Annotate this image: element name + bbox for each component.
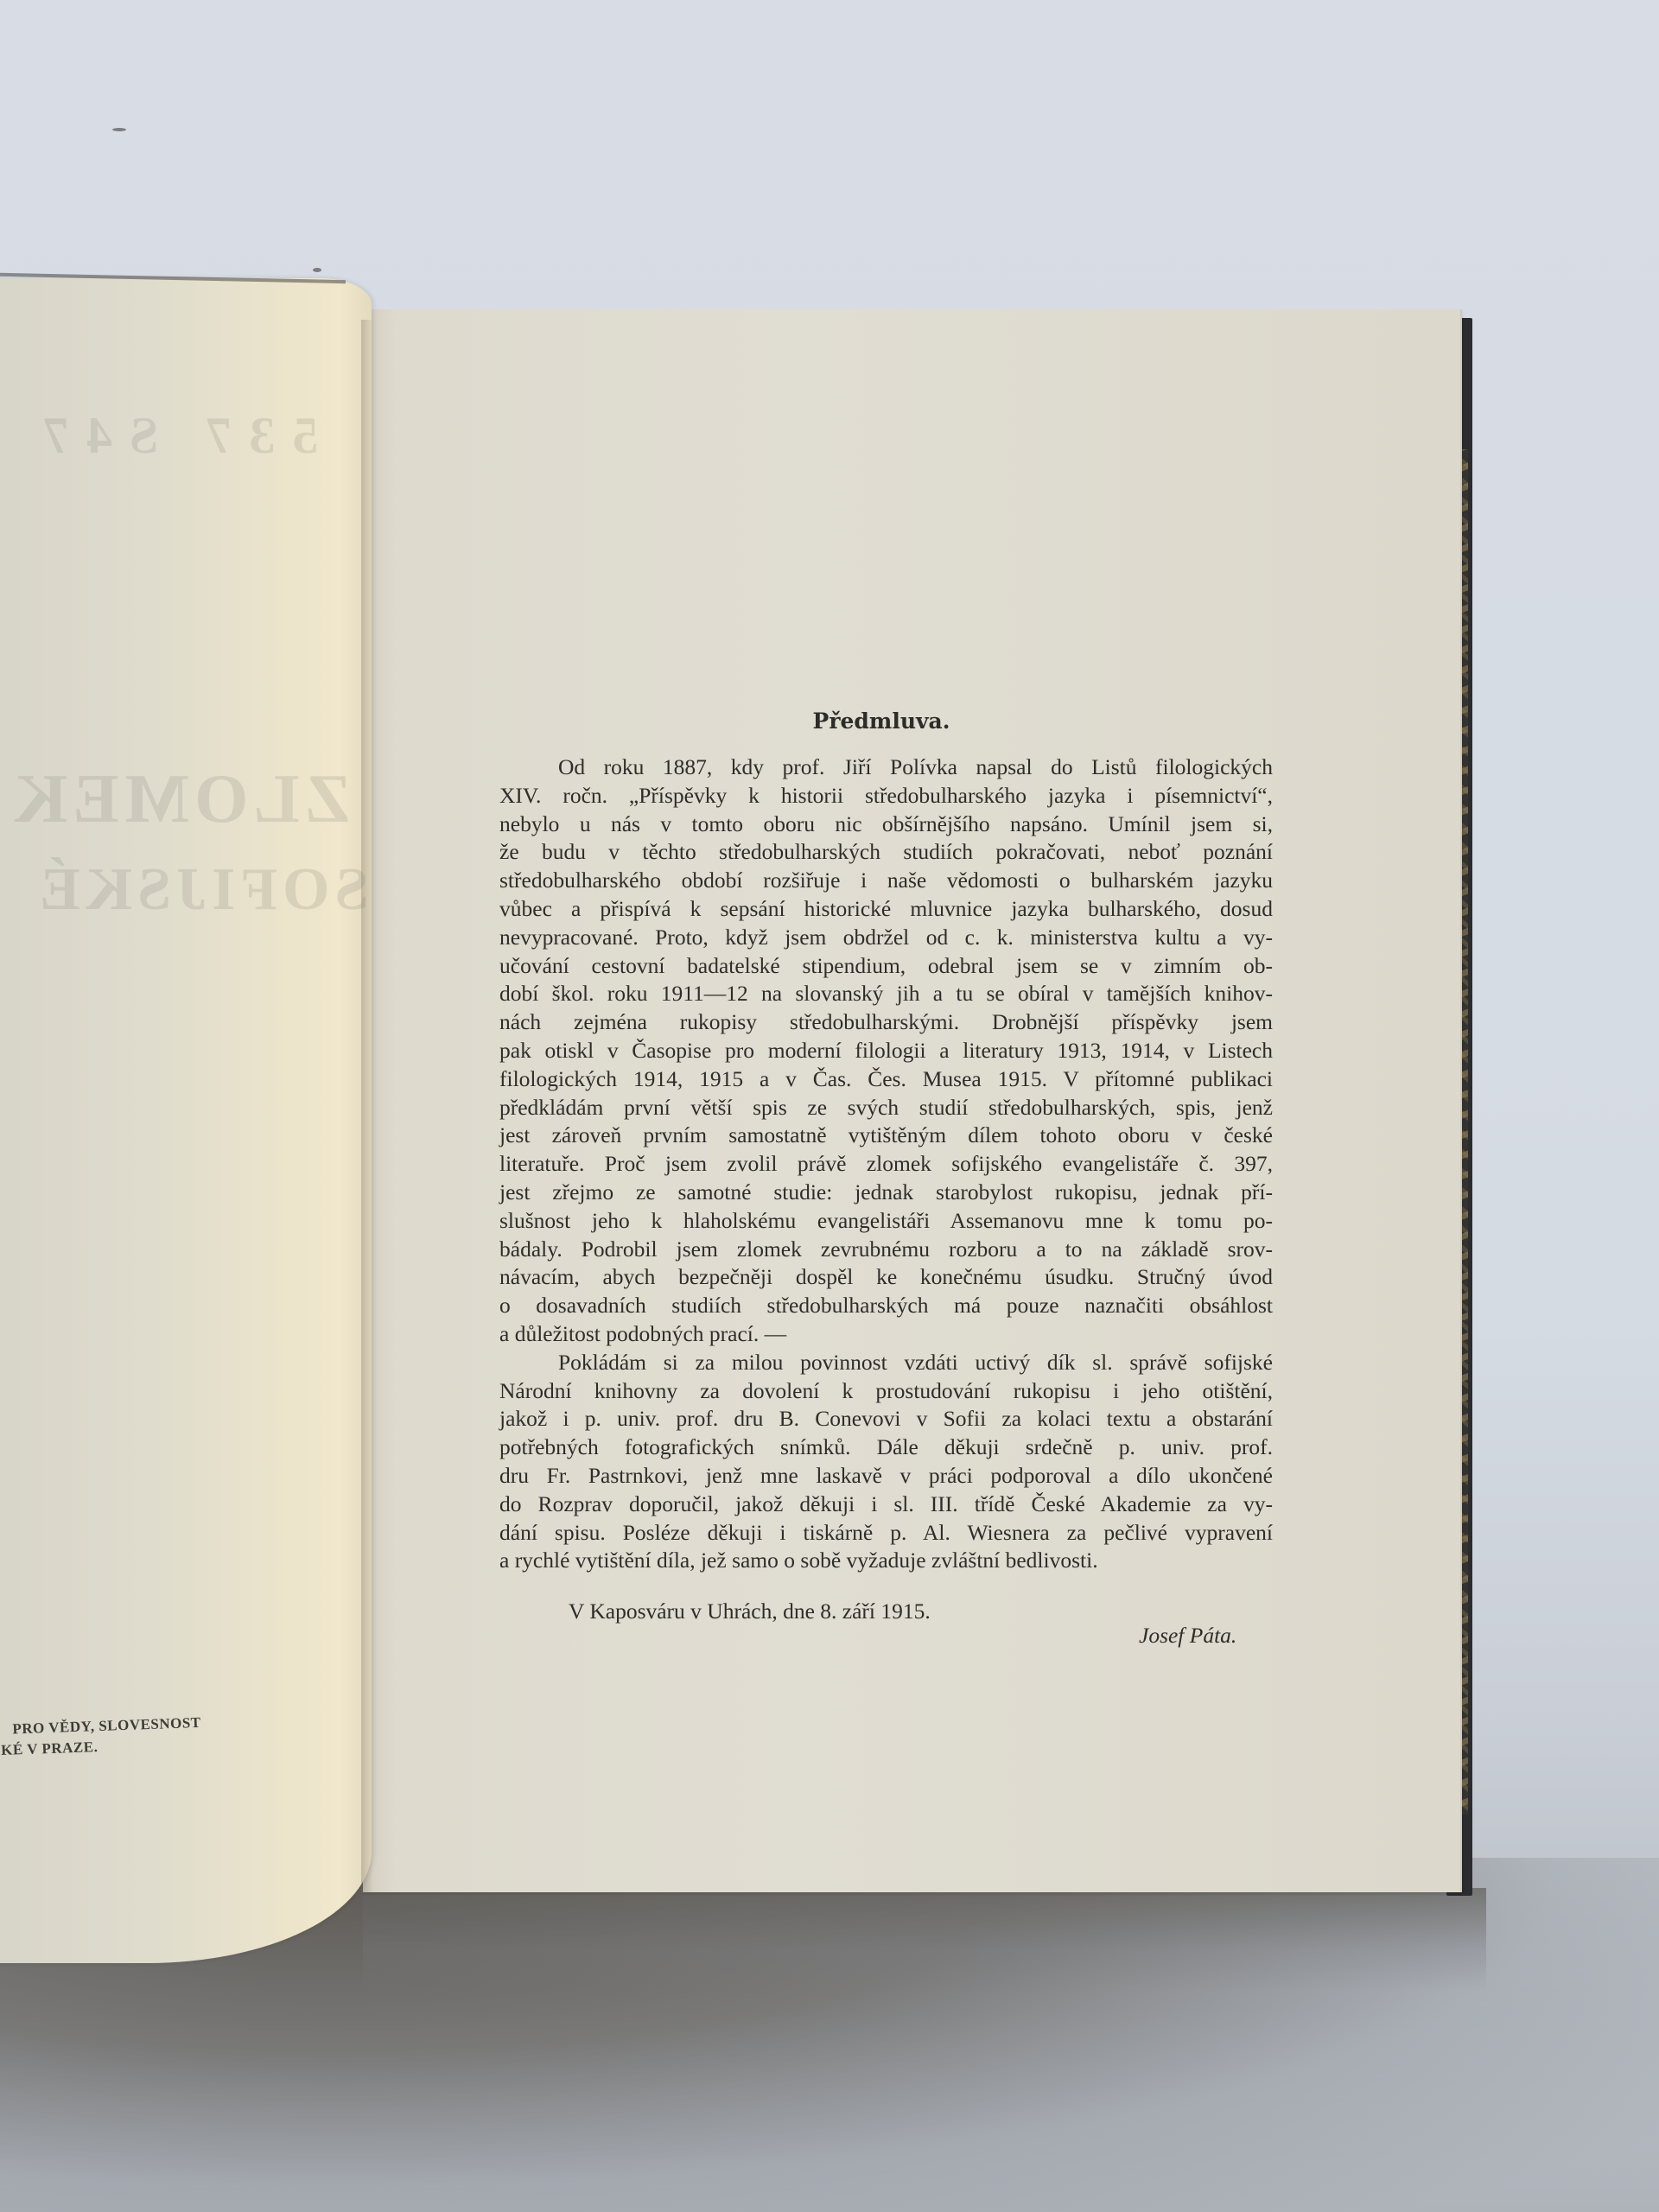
text-line: jest zřejmo ze samotné studie: jednak st… (499, 1179, 1273, 1207)
author-signature: Josef Páta. (1139, 1623, 1236, 1649)
text-line: a rychlé vytištění díla, jež samo o sobě… (499, 1547, 1273, 1575)
text-line: dobí škol. roku 1911—12 na slovanský jih… (499, 980, 1273, 1008)
text-line: vůbec a přispívá k sepsání historické ml… (499, 895, 1273, 924)
text-line: že budu v těchto středobulharských studi… (499, 838, 1273, 867)
paragraph-2: Pokládám si za milou povinnost vzdáti uc… (499, 1349, 1273, 1575)
page-shadow (363, 1888, 1486, 1992)
text-line: předkládám první větší spis ze svých stu… (499, 1094, 1273, 1122)
text-line: slušnost jeho k hlaholskému evangelistář… (499, 1207, 1273, 1236)
text-line: XIV. ročn. „Příspěvky k historii středob… (499, 782, 1273, 810)
text-line: nevypracované. Proto, když jsem obdržel … (499, 924, 1273, 952)
text-line: učování cestovní badatelské stipendium, … (499, 952, 1273, 981)
text-line: a důležitost podobných prací. — (499, 1320, 1273, 1349)
bleed-through-title-2: SOFIJSKÉ (35, 855, 368, 925)
text-line: dání spisu. Posléze děkuji i tiskárně p.… (499, 1519, 1273, 1548)
dust-speck (112, 128, 126, 131)
left-page (0, 278, 372, 1963)
bleed-through-stamp: 537 S47 (26, 406, 318, 466)
text-line: dru Fr. Pastrnkovi, jenž mne laskavě v p… (499, 1462, 1273, 1491)
bleed-through-title-1: ZLOMEK (9, 760, 351, 839)
book-gutter (361, 320, 373, 1892)
text-line: jest zároveň prvním samostatně vytištěný… (499, 1122, 1273, 1150)
text-line: o dosavadních studiích středobulharských… (499, 1292, 1273, 1320)
dust-speck (313, 268, 321, 272)
left-page-imprint: PRO VĚDY, SLOVESNOST KÉ V PRAZE. (0, 1712, 226, 1761)
text-line: návacím, abych bezpečněji dospěl ke kone… (499, 1263, 1273, 1292)
text-line: bádaly. Podrobil jsem zlomek zevrubnému … (499, 1236, 1273, 1264)
text-line: jakož i p. univ. prof. dru B. Conevovi v… (499, 1405, 1273, 1433)
text-line: nách zejména rukopisy středobulharskými.… (499, 1008, 1273, 1037)
text-line: středobulharského období rozšiřuje i naš… (499, 867, 1273, 895)
text-line: literatuře. Proč jsem zvolil právě zlome… (499, 1150, 1273, 1179)
place-and-date: V Kaposváru v Uhrách, dne 8. září 1915. (569, 1599, 931, 1624)
text-line: Od roku 1887, kdy prof. Jiří Polívka nap… (499, 753, 1273, 782)
text-line: nebylo u nás v tomto oboru nic obšírnějš… (499, 810, 1273, 839)
text-line: do Rozprav doporučil, jakož děkuji i sl.… (499, 1491, 1273, 1519)
text-line: Národní knihovny za dovolení k prostudov… (499, 1377, 1273, 1406)
page-title: Předmluva. (726, 709, 1037, 734)
text-line: filologických 1914, 1915 a v Čas. Čes. M… (499, 1065, 1273, 1094)
text-line: Pokládám si za milou povinnost vzdáti uc… (499, 1349, 1273, 1377)
text-line: potřebných fotografických snímků. Dále d… (499, 1433, 1273, 1462)
text-line: pak otiskl v Časopise pro moderní filolo… (499, 1037, 1273, 1065)
paragraph-1: Od roku 1887, kdy prof. Jiří Polívka nap… (499, 753, 1273, 1349)
preface-body: Od roku 1887, kdy prof. Jiří Polívka nap… (499, 753, 1273, 1575)
